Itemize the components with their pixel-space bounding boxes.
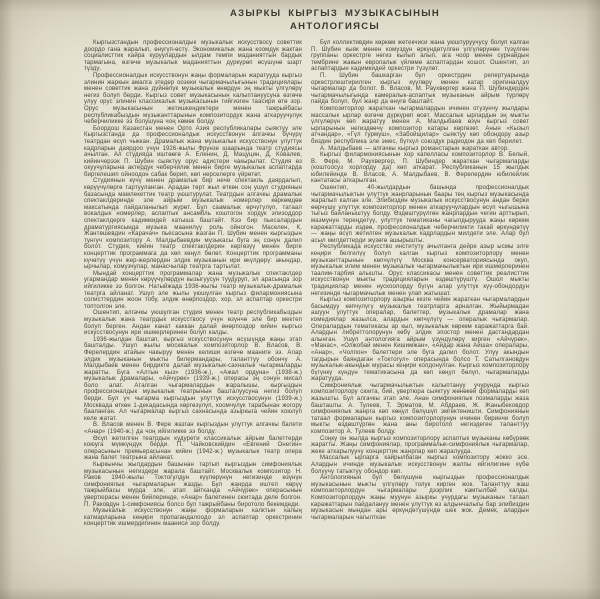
paragraph: Кыргыз композиторлору азыркы кезге чейин… xyxy=(311,297,529,383)
paragraph: Кыргыз филармониясынын хор капелласы ком… xyxy=(311,152,529,185)
paragraph: Соңку он жылда кыргыз композиторлору асп… xyxy=(311,436,529,456)
paragraph: Кыргызстандын профессионалдык музыкалык … xyxy=(84,40,302,73)
paragraph: Студиянын күчү менен драмалык бир нече с… xyxy=(84,178,302,270)
paragraph: Республикада искусство институту ачылган… xyxy=(311,244,529,297)
paragraph: Кыркынчы жылдардын башынан тартып кыргыз… xyxy=(84,462,302,508)
paragraph: Музыкалык искусствонун жаңы формаларын к… xyxy=(84,508,302,528)
paragraph: 1936-жылдан баштап, кыргыз искусствосуну… xyxy=(84,337,302,423)
page-title: АЗЫРКЫ КЫРГЫЗ МУЗЫКАСЫНЫН АНТОЛОГИЯСЫ xyxy=(105,7,565,33)
right-column: Бул коллективдин көркөм жетекчиси жана у… xyxy=(311,40,529,528)
paragraph: Мындай концерттик программалар жана музы… xyxy=(84,271,302,311)
paragraph: Ошентип, алгачкы уюшулган студия менен т… xyxy=(84,310,302,336)
paragraph: Ошентип, 40-жылдардын башында профессион… xyxy=(311,185,529,244)
liner-notes: Кыргызстандын профессионалдык музыкалык … xyxy=(84,40,530,528)
paragraph: Боордош Казакстан менен Орто Азия респуб… xyxy=(84,126,302,179)
paragraph: Массалык ырларга кайрылбаган кыргыз комп… xyxy=(311,455,529,475)
title-line-2: АНТОЛОГИЯСЫ xyxy=(105,20,565,33)
paragraph: Өсүп жетилген театрдын кудурети классика… xyxy=(84,436,302,462)
paragraph: П. Шубин башкарган бул оркестрдин реперт… xyxy=(311,73,529,106)
record-sleeve-back: АЗЫРКЫ КЫРГЫЗ МУЗЫКАСЫНЫН АНТОЛОГИЯСЫ Кы… xyxy=(0,0,600,599)
title-line-1: АЗЫРКЫ КЫРГЫЗ МУЗЫКАСЫНЫН xyxy=(105,7,565,20)
left-column: Кыргызстандын профессионалдык музыкалык … xyxy=(84,40,302,528)
paragraph: Бул коллективдин көркөм жетекчиси жана у… xyxy=(311,40,529,73)
paragraph: Антологиянын бул бөлүшүнө кыргыздын проф… xyxy=(311,475,529,521)
paragraph: Профессионалдык искусствонун жаңы формал… xyxy=(84,73,302,126)
paragraph: Симфониялык чыгармачылыктын калыптануу у… xyxy=(311,383,529,436)
paragraph: В. Власов менен В. Фере жазган кыргыздын… xyxy=(84,422,302,435)
paragraph: Композиторлор жараткан чыгармалардын ичи… xyxy=(311,106,529,146)
